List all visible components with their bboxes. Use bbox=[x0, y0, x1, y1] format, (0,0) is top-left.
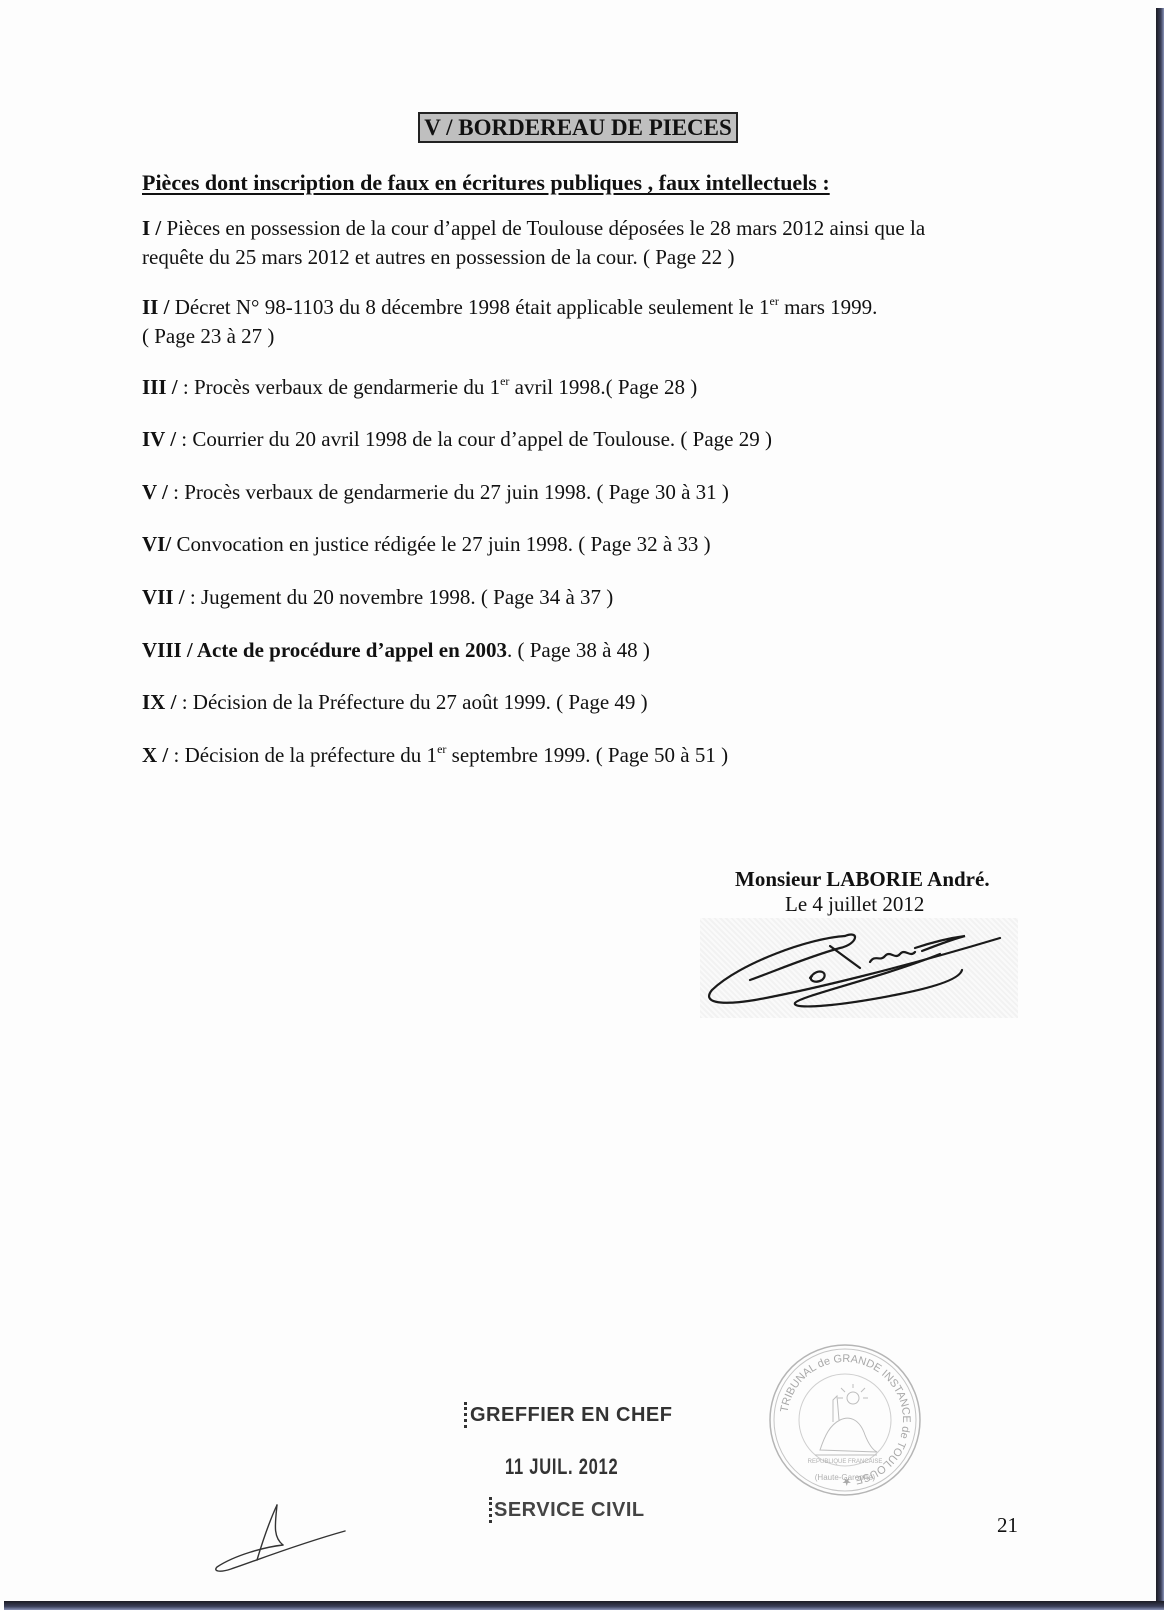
item-number: VII / bbox=[142, 585, 185, 609]
item-text: : Procès verbaux de gendarmerie du 27 ju… bbox=[168, 480, 729, 504]
document-page: V / BORDEREAU DE PIECES Pièces dont insc… bbox=[0, 0, 1156, 1601]
page-shadow-right bbox=[1156, 8, 1164, 1610]
item-number: I / bbox=[142, 216, 161, 240]
item-text-bold: Acte de procédure d’appel en 2003 bbox=[193, 638, 507, 662]
item-text: : Jugement du 20 novembre 1998. ( Page 3… bbox=[185, 585, 614, 609]
item-number: III / bbox=[142, 375, 178, 399]
item-text: : Procès verbaux de gendarmerie du 1 bbox=[178, 375, 500, 399]
initials-signature bbox=[205, 1495, 355, 1585]
page-number: 21 bbox=[997, 1513, 1018, 1538]
list-item: V / : Procès verbaux de gendarmerie du 2… bbox=[142, 478, 1022, 507]
signature-icon bbox=[700, 918, 1018, 1018]
page-shadow-bottom bbox=[4, 1601, 1164, 1610]
section-title: V / BORDEREAU DE PIECES bbox=[418, 112, 738, 143]
list-item: I / Pièces en possession de la cour d’ap… bbox=[142, 214, 1022, 272]
signatory-name: Monsieur LABORIE André. bbox=[735, 867, 990, 892]
list-item: VI/ Convocation en justice rédigée le 27… bbox=[142, 530, 1022, 559]
item-text: : Courrier du 20 avril 1998 de la cour d… bbox=[176, 427, 772, 451]
svg-text:REPUBLIQUE FRANCAISE: REPUBLIQUE FRANCAISE bbox=[808, 1459, 883, 1465]
item-number: X / bbox=[142, 743, 168, 767]
superscript: er bbox=[770, 294, 779, 308]
list-item: IX / : Décision de la Préfecture du 27 a… bbox=[142, 688, 1022, 717]
list-item: VII / : Jugement du 20 novembre 1998. ( … bbox=[142, 583, 1022, 612]
list-item: VIII / Acte de procédure d’appel en 2003… bbox=[142, 636, 1022, 665]
item-number: II / bbox=[142, 295, 169, 319]
item-text: mars 1999. bbox=[779, 295, 878, 319]
stamp-greffier: GREFFIER EN CHEF bbox=[470, 1404, 672, 1427]
signature-image bbox=[700, 918, 1018, 1018]
item-text: Décret N° 98-1103 du 8 décembre 1998 éta… bbox=[169, 295, 769, 319]
seal-icon: TRIBUNAL de GRANDE INSTANCE de TOULOUSE … bbox=[765, 1340, 925, 1500]
item-text: Convocation en justice rédigée le 27 jui… bbox=[171, 532, 710, 556]
item-text-continued: requête du 25 mars 2012 et autres en pos… bbox=[142, 245, 735, 269]
signature-date: Le 4 juillet 2012 bbox=[785, 892, 924, 917]
item-text: septembre 1999. ( Page 50 à 51 ) bbox=[446, 743, 728, 767]
list-item: X / : Décision de la préfecture du 1er s… bbox=[142, 741, 1022, 770]
item-text: : Décision de la Préfecture du 27 août 1… bbox=[176, 690, 647, 714]
list-item: IV / : Courrier du 20 avril 1998 de la c… bbox=[142, 425, 1022, 454]
court-seal: TRIBUNAL de GRANDE INSTANCE de TOULOUSE … bbox=[765, 1340, 925, 1500]
initials-icon bbox=[205, 1495, 355, 1585]
item-text: . ( Page 38 à 48 ) bbox=[507, 638, 650, 662]
svg-text:(Haute-Garonne): (Haute-Garonne) bbox=[815, 1473, 876, 1482]
item-text: : Décision de la préfecture du 1 bbox=[168, 743, 437, 767]
item-text: Pièces en possession de la cour d’appel … bbox=[161, 216, 925, 240]
superscript: er bbox=[437, 742, 446, 756]
item-number: V / bbox=[142, 480, 168, 504]
list-item: II / Décret N° 98-1103 du 8 décembre 199… bbox=[142, 293, 1022, 351]
list-item: III / : Procès verbaux de gendarmerie du… bbox=[142, 373, 1022, 402]
item-text-continued: ( Page 23 à 27 ) bbox=[142, 324, 274, 348]
subheading: Pièces dont inscription de faux en écrit… bbox=[142, 170, 830, 196]
item-number: IX / bbox=[142, 690, 176, 714]
stamp-date: 11 JUIL. 2012 bbox=[505, 1454, 618, 1480]
item-number: VIII / bbox=[142, 638, 193, 662]
superscript: er bbox=[500, 374, 509, 388]
item-number: IV / bbox=[142, 427, 176, 451]
item-text: avril 1998.( Page 28 ) bbox=[509, 375, 697, 399]
item-number: VI/ bbox=[142, 532, 171, 556]
stamp-service: SERVICE CIVIL bbox=[494, 1499, 645, 1522]
